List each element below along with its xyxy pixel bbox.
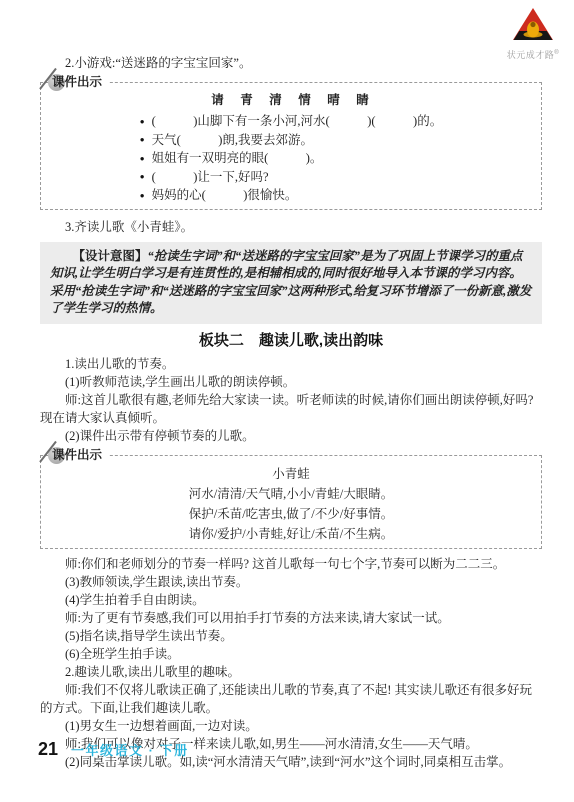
fill-blank-item: ●天气( )朗,我要去郊游。	[140, 131, 442, 150]
poem-line: 河水/清清/天气晴,小小/青蛙/大眼睛。	[51, 484, 531, 504]
fill-blank-list: ●( )山脚下有一条小河,河水( )( )的。 ●天气( )朗,我要去郊游。 ●…	[140, 112, 442, 205]
fill-blank-item: ●( )山脚下有一条小河,河水( )( )的。	[140, 112, 442, 131]
poem-line: 请你/爱护/小青蛙,好让/禾苗/不生病。	[51, 524, 531, 544]
fill-blank-item: ●( )让一下,好吗?	[140, 168, 442, 187]
paragraph-step: (1)听教师范读,学生画出儿歌的朗读停顿。	[40, 373, 542, 391]
character-choices-row: 请 青 清 情 晴 睛	[51, 91, 531, 110]
page-footer: 21 一年级语文 · 下册	[38, 739, 189, 760]
paragraph-step: 1.读出儿歌的节奏。	[40, 355, 542, 373]
paragraph-teacher-line: 师:你们和老师划分的节奏一样吗? 这首儿歌每一句七个字,节奏可以断为二二三。	[40, 555, 542, 573]
logo-triangle-icon	[510, 7, 556, 43]
design-intent-note: 【设计意图】“抢读生字词”和“送迷路的字宝宝回家”是为了巩固上节课学习的重点知识…	[40, 242, 542, 324]
fill-blank-text: ( )让一下,好吗?	[152, 170, 269, 184]
paragraph-teacher-line: 师:这首儿歌很有趣,老师先给大家读一读。听老师读的时候,请你们画出朗读停顿,好吗…	[40, 391, 542, 427]
bullet-icon: ●	[140, 131, 145, 149]
paragraph-step: (6)全班学生拍手读。	[40, 645, 542, 663]
paragraph-step: (3)教师领读,学生跟读,读出节奏。	[40, 573, 542, 591]
paragraph-step: (4)学生拍着手自由朗读。	[40, 591, 542, 609]
bullet-icon: ●	[140, 187, 145, 205]
registered-mark: ®	[554, 50, 559, 56]
section-heading: 板块二 趣读儿歌,读出韵味	[40, 331, 542, 351]
paragraph-step: (1)男女生一边想着画面,一边对读。	[40, 717, 542, 735]
bullet-icon: ●	[140, 113, 145, 131]
paragraph-teacher-line: 师:为了更有节奏感,我们可以用拍手打节奏的方法来读,请大家试一试。	[40, 609, 542, 627]
page-number: 21	[38, 739, 58, 760]
paragraph-step: 2.趣读儿歌,读出儿歌里的趣味。	[40, 663, 542, 681]
publisher-logo: 状元成才路®	[500, 7, 566, 60]
fill-blank-text: 妈妈的心( )很愉快。	[152, 188, 298, 202]
design-intent-label: 【设计意图】	[73, 249, 148, 263]
poem-line: 保护/禾苗/吃害虫,做了/不少/好事情。	[51, 504, 531, 524]
fill-blank-text: 姐姐有一双明亮的眼( )。	[152, 151, 323, 165]
bullet-icon: ●	[140, 168, 145, 186]
book-title: 一年级语文 · 下册	[71, 740, 189, 759]
courseware-label-text: 课件出示	[52, 448, 102, 462]
poem-title: 小青蛙	[51, 464, 531, 484]
paragraph-step: (2)课件出示带有停顿节奏的儿歌。	[40, 427, 542, 445]
courseware-label-text: 课件出示	[52, 75, 102, 89]
page-body: 2.小游戏:“送迷路的字宝宝回家”。 课件出示 请 青 清 情 晴 睛 ●( )…	[40, 54, 542, 771]
courseware-box-words: 课件出示 请 青 清 情 晴 睛 ●( )山脚下有一条小河,河水( )( )的。…	[40, 82, 542, 210]
fill-blank-item: ●姐姐有一双明亮的眼( )。	[140, 149, 442, 168]
paragraph-game: 2.小游戏:“送迷路的字宝宝回家”。	[40, 54, 542, 72]
fill-blank-text: 天气( )朗,我要去郊游。	[152, 133, 313, 147]
fill-blank-item: ●妈妈的心( )很愉快。	[140, 186, 442, 205]
fill-blank-text: ( )山脚下有一条小河,河水( )( )的。	[152, 114, 443, 128]
textbook-page: 状元成才路® 2.小游戏:“送迷路的字宝宝回家”。 课件出示 请 青 清 情 晴…	[0, 0, 574, 802]
paragraph-teacher-line: 师:我们不仅将儿歌读正确了,还能读出儿歌的节奏,真了不起! 其实读儿歌还有很多好…	[40, 681, 542, 717]
paragraph-choral-read: 3.齐读儿歌《小青蛙》。	[40, 218, 542, 236]
courseware-box-poem: 课件出示 小青蛙 河水/清清/天气晴,小小/青蛙/大眼睛。 保护/禾苗/吃害虫,…	[40, 455, 542, 549]
courseware-label: 课件出示	[49, 447, 109, 464]
paragraph-step: (5)指名读,指导学生读出节奏。	[40, 627, 542, 645]
courseware-label: 课件出示	[49, 74, 109, 91]
design-intent-paragraph: 【设计意图】“抢读生字词”和“送迷路的字宝宝回家”是为了巩固上节课学习的重点知识…	[50, 248, 532, 318]
bullet-icon: ●	[140, 150, 145, 168]
